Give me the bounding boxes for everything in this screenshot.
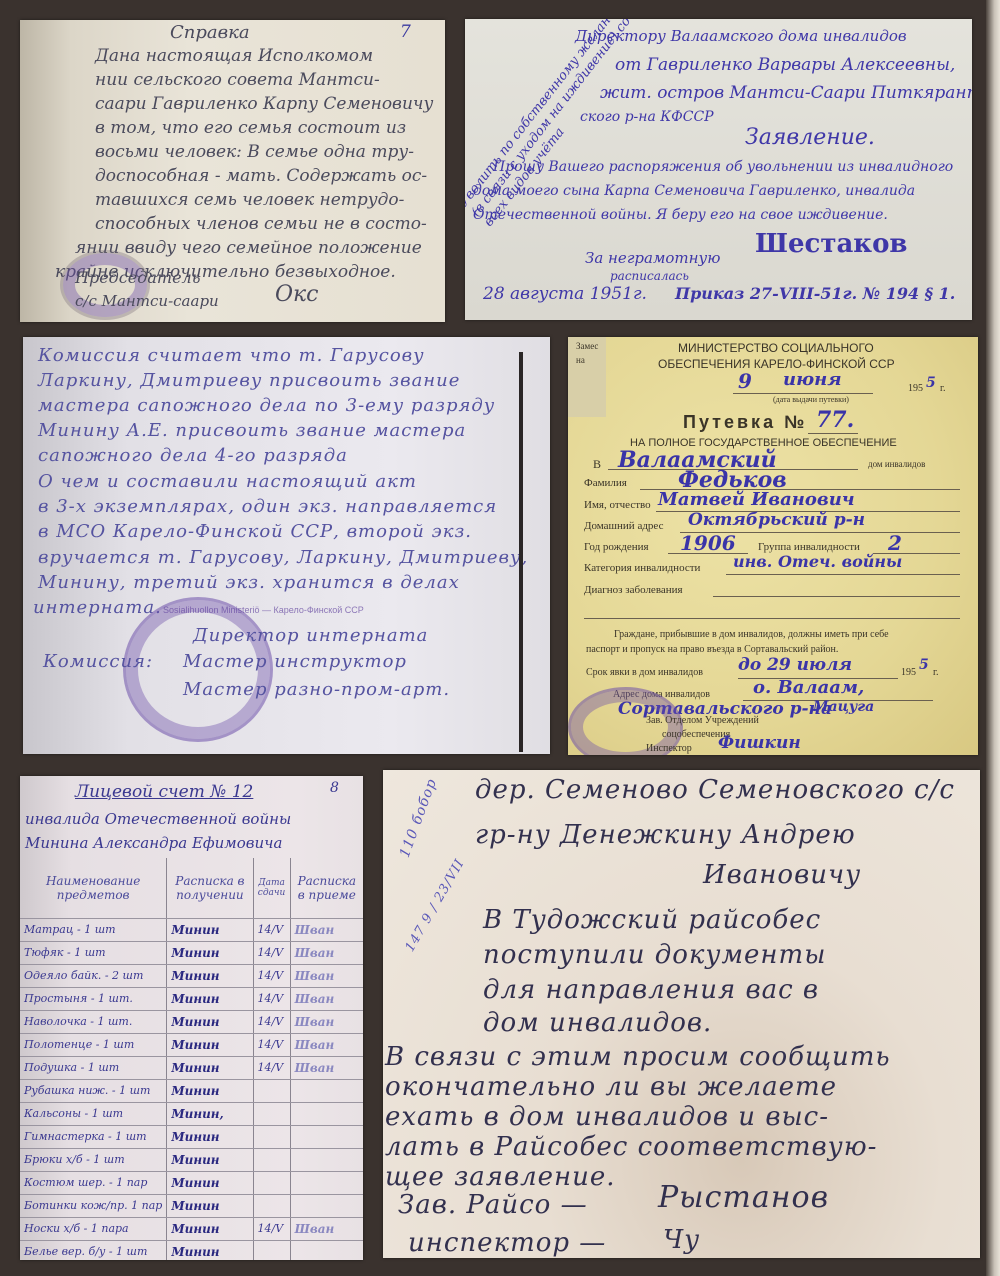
field-value-deadline: до 29 июля: [738, 655, 852, 675]
cell-returned: Шван: [290, 964, 363, 987]
cell-returned: [290, 1102, 363, 1125]
text-line: интерната.: [33, 597, 162, 618]
cell-date: 14/V: [253, 1056, 290, 1079]
cell-received: Минин: [167, 941, 253, 964]
field-line: [733, 393, 873, 394]
cell-date: [253, 1240, 290, 1260]
field-label: Диагноз заболевания: [584, 584, 683, 596]
doc-title: Путевка №: [683, 412, 807, 433]
letter-line: ехать в дом инвалидов и выс-: [385, 1102, 829, 1132]
signature-line: Директор интерната: [193, 625, 428, 646]
table-row: Кальсоны - 1 штМинин,: [20, 1102, 363, 1125]
field-value-birth: 1906: [680, 531, 736, 555]
table-row: Рубашка ниж. - 1 штМинин: [20, 1079, 363, 1102]
table-row: Белье вер. б/у - 1 штМинин: [20, 1240, 363, 1260]
field-label: Срок явки в дом инвалидов: [586, 667, 703, 678]
cell-item: Носки х/б - 1 пара: [20, 1217, 167, 1240]
field-label: В: [593, 457, 601, 472]
year-unit: г.: [940, 383, 945, 394]
text-line: в 3-х экземплярах, один экз. направляетс…: [38, 496, 497, 517]
ministry-line: ОБЕСПЕЧЕНИЯ КАРЕЛО-ФИНСКОЙ ССР: [658, 357, 895, 371]
letter-line: дер. Семеново Семеновского с/с: [475, 775, 955, 805]
cell-item: Тюфяк - 1 шт: [20, 941, 167, 964]
cell-item: Брюки х/б - 1 шт: [20, 1148, 167, 1171]
date: 28 августа 1951г.: [483, 284, 647, 304]
signer-label: Зав. Отделом Учреждений: [646, 715, 759, 726]
text-line: саари Гавриленко Карпу Семеновичу: [95, 94, 433, 114]
head-signature: Мацуга: [813, 699, 874, 715]
text-line: нии сельского совета Мантси-: [95, 70, 380, 90]
doc-title: Справка: [170, 22, 250, 43]
page-number: 7: [400, 22, 411, 42]
signature-label: Зав. Райсо —: [398, 1190, 588, 1220]
field-label: Имя, отчество: [584, 499, 651, 511]
cell-date: 14/V: [253, 1033, 290, 1056]
table-row: Ботинки кож/пр. 1 парМинин: [20, 1194, 363, 1217]
letter-line: окончательно ли вы желаете: [385, 1072, 837, 1102]
cell-received: Минин: [167, 1056, 253, 1079]
table-row: Простыня - 1 шт.Минин14/VШван: [20, 987, 363, 1010]
table-header-row: Наименование предметов Расписка в получе…: [20, 858, 363, 918]
column-header: Расписка в получении: [167, 858, 253, 918]
cell-returned: [290, 1125, 363, 1148]
year-unit: г.: [933, 667, 938, 678]
page-edge: [986, 0, 1000, 1276]
document-spravka: Справка 7 Дана настоящая Исполкомом нии …: [20, 20, 445, 322]
cell-date: 14/V: [253, 964, 290, 987]
letter-line: Ивановичу: [703, 860, 861, 890]
subtitle-line: инвалида Отечественной войны: [25, 810, 291, 828]
cell-returned: Шван: [290, 1033, 363, 1056]
text-line: в том, что его семья состоит из: [95, 118, 406, 138]
table-row: Полотенце - 1 штМинин14/VШван: [20, 1033, 363, 1056]
cell-date: [253, 1079, 290, 1102]
document-ledger: Лицевой счет № 12 8 инвалида Отечественн…: [20, 776, 363, 1260]
field-label: Фамилия: [584, 477, 627, 489]
field-value-address: Октябрьский р-н: [688, 510, 865, 530]
field-label: Год рождения: [584, 541, 649, 553]
column-header: Расписка в приеме: [290, 858, 363, 918]
inspector-signature: Фишкин: [718, 733, 801, 753]
issue-day: 9: [738, 369, 752, 393]
document-putevka: Замес на МИНИСТЕРСТВО СОЦИАЛЬНОГО ОБЕСПЕ…: [568, 337, 978, 755]
letter-line: лать в Райсобес соответствую-: [385, 1132, 877, 1162]
text-line: Ларкину, Дмитриеву присвоить звание: [38, 370, 460, 391]
body-line: Отечественной войны. Я беру его на свое …: [473, 207, 888, 223]
cell-received: Минин: [167, 918, 253, 941]
cell-returned: [290, 1240, 363, 1260]
cell-date: 14/V: [253, 1217, 290, 1240]
table-row: Тюфяк - 1 штМинин14/VШван: [20, 941, 363, 964]
addressee-line: жит. остров Мантси-Саари Питкярант-: [600, 83, 972, 103]
ministry-line: МИНИСТЕРСТВО СОЦИАЛЬНОГО: [678, 341, 874, 355]
deadline-year-suffix: 5: [919, 657, 929, 673]
subtitle-line: Минина Александра Ефимовича: [25, 834, 282, 852]
cell-item: Кальсоны - 1 шт: [20, 1102, 167, 1125]
corner-note: Замес: [576, 341, 598, 351]
issue-year-prefix: 195: [908, 383, 923, 394]
field-suffix: дом инвалидов: [868, 459, 925, 469]
cell-returned: Шван: [290, 1056, 363, 1079]
letter-line: дом инвалидов.: [483, 1008, 712, 1038]
text-line: Минину А.Е. присвоить звание мастера: [38, 420, 466, 441]
table-row: Матрац - 1 штМинин14/VШван: [20, 918, 363, 941]
cell-item: Наволочка - 1 шт.: [20, 1010, 167, 1033]
letter-line: В Тудожский райсобес: [483, 905, 821, 935]
doc-title: Заявление.: [745, 125, 875, 150]
cell-received: Минин: [167, 1125, 253, 1148]
text-line: восьми человек: В семье одна тру-: [95, 142, 414, 162]
table-row: Наволочка - 1 шт.Минин14/VШван: [20, 1010, 363, 1033]
cell-date: 14/V: [253, 941, 290, 964]
letter-line: В связи с этим просим сообщить: [385, 1042, 891, 1072]
cell-date: 14/V: [253, 918, 290, 941]
cell-received: Минин: [167, 1240, 253, 1260]
cell-received: Минин,: [167, 1102, 253, 1125]
deadline-year-prefix: 195: [901, 667, 916, 678]
notice-line: Граждане, прибывшие в дом инвалидов, дол…: [614, 629, 889, 640]
cell-date: 14/V: [253, 987, 290, 1010]
issue-year-suffix: 5: [926, 375, 936, 391]
body-line: Прошу Вашего распоряжения об увольнении …: [493, 159, 953, 175]
cell-received: Минин: [167, 1148, 253, 1171]
column-header: Дата сдачи: [253, 858, 290, 918]
signature-line: Мастер инструктор: [183, 651, 407, 672]
column-header: Наименование предметов: [20, 858, 167, 918]
cell-returned: Шван: [290, 1010, 363, 1033]
cell-item: Простыня - 1 шт.: [20, 987, 167, 1010]
document-letter: 110 бобор 147 9 / 23/VII дер. Семеново С…: [383, 770, 980, 1258]
corner-note: на: [576, 355, 585, 365]
cell-returned: [290, 1171, 363, 1194]
text-line: тавшихся семь человек нетрудо-: [95, 190, 404, 210]
cell-received: Минин: [167, 1079, 253, 1102]
cell-date: [253, 1194, 290, 1217]
signature-label: расписалась: [610, 269, 689, 283]
cell-received: Минин: [167, 1217, 253, 1240]
margin-note: 110 бобор: [397, 776, 440, 860]
field-value-home-address: о. Валаам,: [753, 677, 864, 698]
cell-item: Одеяло байк. - 2 шт: [20, 964, 167, 987]
doc-title: Лицевой счет № 12: [75, 782, 253, 802]
text-line: сапожного дела 4-го разряда: [38, 445, 348, 466]
cell-item: Белье вер. б/у - 1 шт: [20, 1240, 167, 1260]
signature: Чу: [663, 1225, 700, 1255]
body-line: дома моего сына Карпа Семеновича Гавриле…: [473, 183, 915, 199]
inventory-table: Наименование предметов Расписка в получе…: [20, 858, 363, 1260]
table-row: Брюки х/б - 1 штМинин: [20, 1148, 363, 1171]
field-value-category: инв. Отеч. войны: [733, 552, 902, 571]
field-line: [713, 596, 960, 597]
text-line: в МСО Карело-Финской ССР, второй экз.: [38, 521, 472, 542]
letter-line: щее заявление.: [385, 1162, 616, 1192]
cell-returned: Шван: [290, 941, 363, 964]
table-row: Подушка - 1 штМинин14/VШван: [20, 1056, 363, 1079]
stamp-text: Sosialihuollon Ministeriö — Карело-Финск…: [163, 605, 364, 615]
letter-line: для направления вас в: [483, 975, 819, 1005]
cell-item: Ботинки кож/пр. 1 пар: [20, 1194, 167, 1217]
order-note: Приказ 27-VIII-51г. № 194 § 1.: [675, 284, 955, 303]
table-row: Носки х/б - 1 параМинин14/VШван: [20, 1217, 363, 1240]
signature-label: За неграмотную: [585, 249, 720, 267]
signature: Рыстанов: [658, 1180, 829, 1215]
cell-returned: [290, 1194, 363, 1217]
addressee-line: от Гавриленко Варвары Алексеевны,: [615, 55, 955, 75]
cell-received: Минин: [167, 1194, 253, 1217]
cell-item: Полотенце - 1 шт: [20, 1033, 167, 1056]
signature: Окс: [275, 282, 319, 307]
addressee-line: ского р-на КФССР: [580, 109, 714, 125]
issue-date-caption: (дата выдачи путевки): [773, 395, 849, 404]
field-label: Домашний адрес: [584, 520, 663, 532]
issue-month: июня: [783, 369, 842, 390]
text-line: вручается т. Гарусову, Ларкину, Дмитриев…: [38, 547, 528, 568]
signature-label: Председатель: [75, 268, 200, 287]
cell-received: Минин: [167, 1033, 253, 1056]
cell-date: 14/V: [253, 1010, 290, 1033]
cell-date: [253, 1125, 290, 1148]
text-line: мастера сапожного дела по 3-ему разряду: [38, 395, 495, 416]
cell-date: [253, 1171, 290, 1194]
putevka-number: 77.: [816, 407, 854, 433]
cell-received: Минин: [167, 964, 253, 987]
cell-date: [253, 1102, 290, 1125]
cell-returned: Шван: [290, 918, 363, 941]
cell-item: Гимнастерка - 1 шт: [20, 1125, 167, 1148]
cell-returned: [290, 1148, 363, 1171]
cell-received: Минин: [167, 987, 253, 1010]
field-line: [808, 433, 858, 434]
text-line: О чем и составили настоящий акт: [38, 471, 417, 492]
cell-item: Костюм шер. - 1 пар: [20, 1171, 167, 1194]
cell-returned: Шван: [290, 1217, 363, 1240]
table-row: Гимнастерка - 1 штМинин: [20, 1125, 363, 1148]
cell-item: Рубашка ниж. - 1 шт: [20, 1079, 167, 1102]
page-number: 8: [330, 780, 339, 796]
page-fold: [519, 352, 523, 752]
cell-item: Матрац - 1 шт: [20, 918, 167, 941]
field-line: [584, 618, 960, 619]
margin-note: 147 9 / 23/VII: [403, 857, 468, 955]
table-row: Одеяло байк. - 2 штМинин14/VШван: [20, 964, 363, 987]
notice-line: паспорт и пропуск на право въезда в Сорт…: [586, 644, 838, 655]
cell-returned: Шван: [290, 987, 363, 1010]
text-line: способных членов семьи не в состо-: [95, 214, 427, 234]
signature-label: инспектор —: [408, 1228, 606, 1258]
cell-received: Минин: [167, 1010, 253, 1033]
signature: Шестаков: [755, 229, 907, 259]
signature-line: Мастер разно-пром-арт.: [183, 679, 450, 700]
table-row: Костюм шер. - 1 парМинин: [20, 1171, 363, 1194]
text-line: доспособная - мать. Содержать ос-: [95, 166, 427, 186]
field-value-name: Матвей Иванович: [658, 489, 855, 510]
signature-org: с/с Мантси-саари: [75, 292, 219, 310]
letter-line: гр-ну Денежкину Андрею: [475, 820, 856, 850]
document-zayavlenie: Директору Валаамского дома инвалидов от …: [465, 19, 972, 320]
document-commission-act: Комиссия считает что т. Гарусову Ларкину…: [23, 337, 550, 754]
cell-item: Подушка - 1 шт: [20, 1056, 167, 1079]
cell-returned: [290, 1079, 363, 1102]
field-line: [726, 574, 960, 575]
text-line: Дана настоящая Исполкомом: [95, 46, 373, 66]
text-line: Комиссия считает что т. Гарусову: [38, 345, 425, 366]
cell-received: Минин: [167, 1171, 253, 1194]
cell-date: [253, 1148, 290, 1171]
commission-label: Комиссия:: [43, 651, 153, 672]
signer-label: Инспектор: [646, 743, 692, 754]
text-line: Минину, третий экз. хранится в делах: [38, 572, 460, 593]
field-label: Категория инвалидности: [584, 562, 700, 574]
letter-line: поступили документы: [483, 940, 826, 970]
